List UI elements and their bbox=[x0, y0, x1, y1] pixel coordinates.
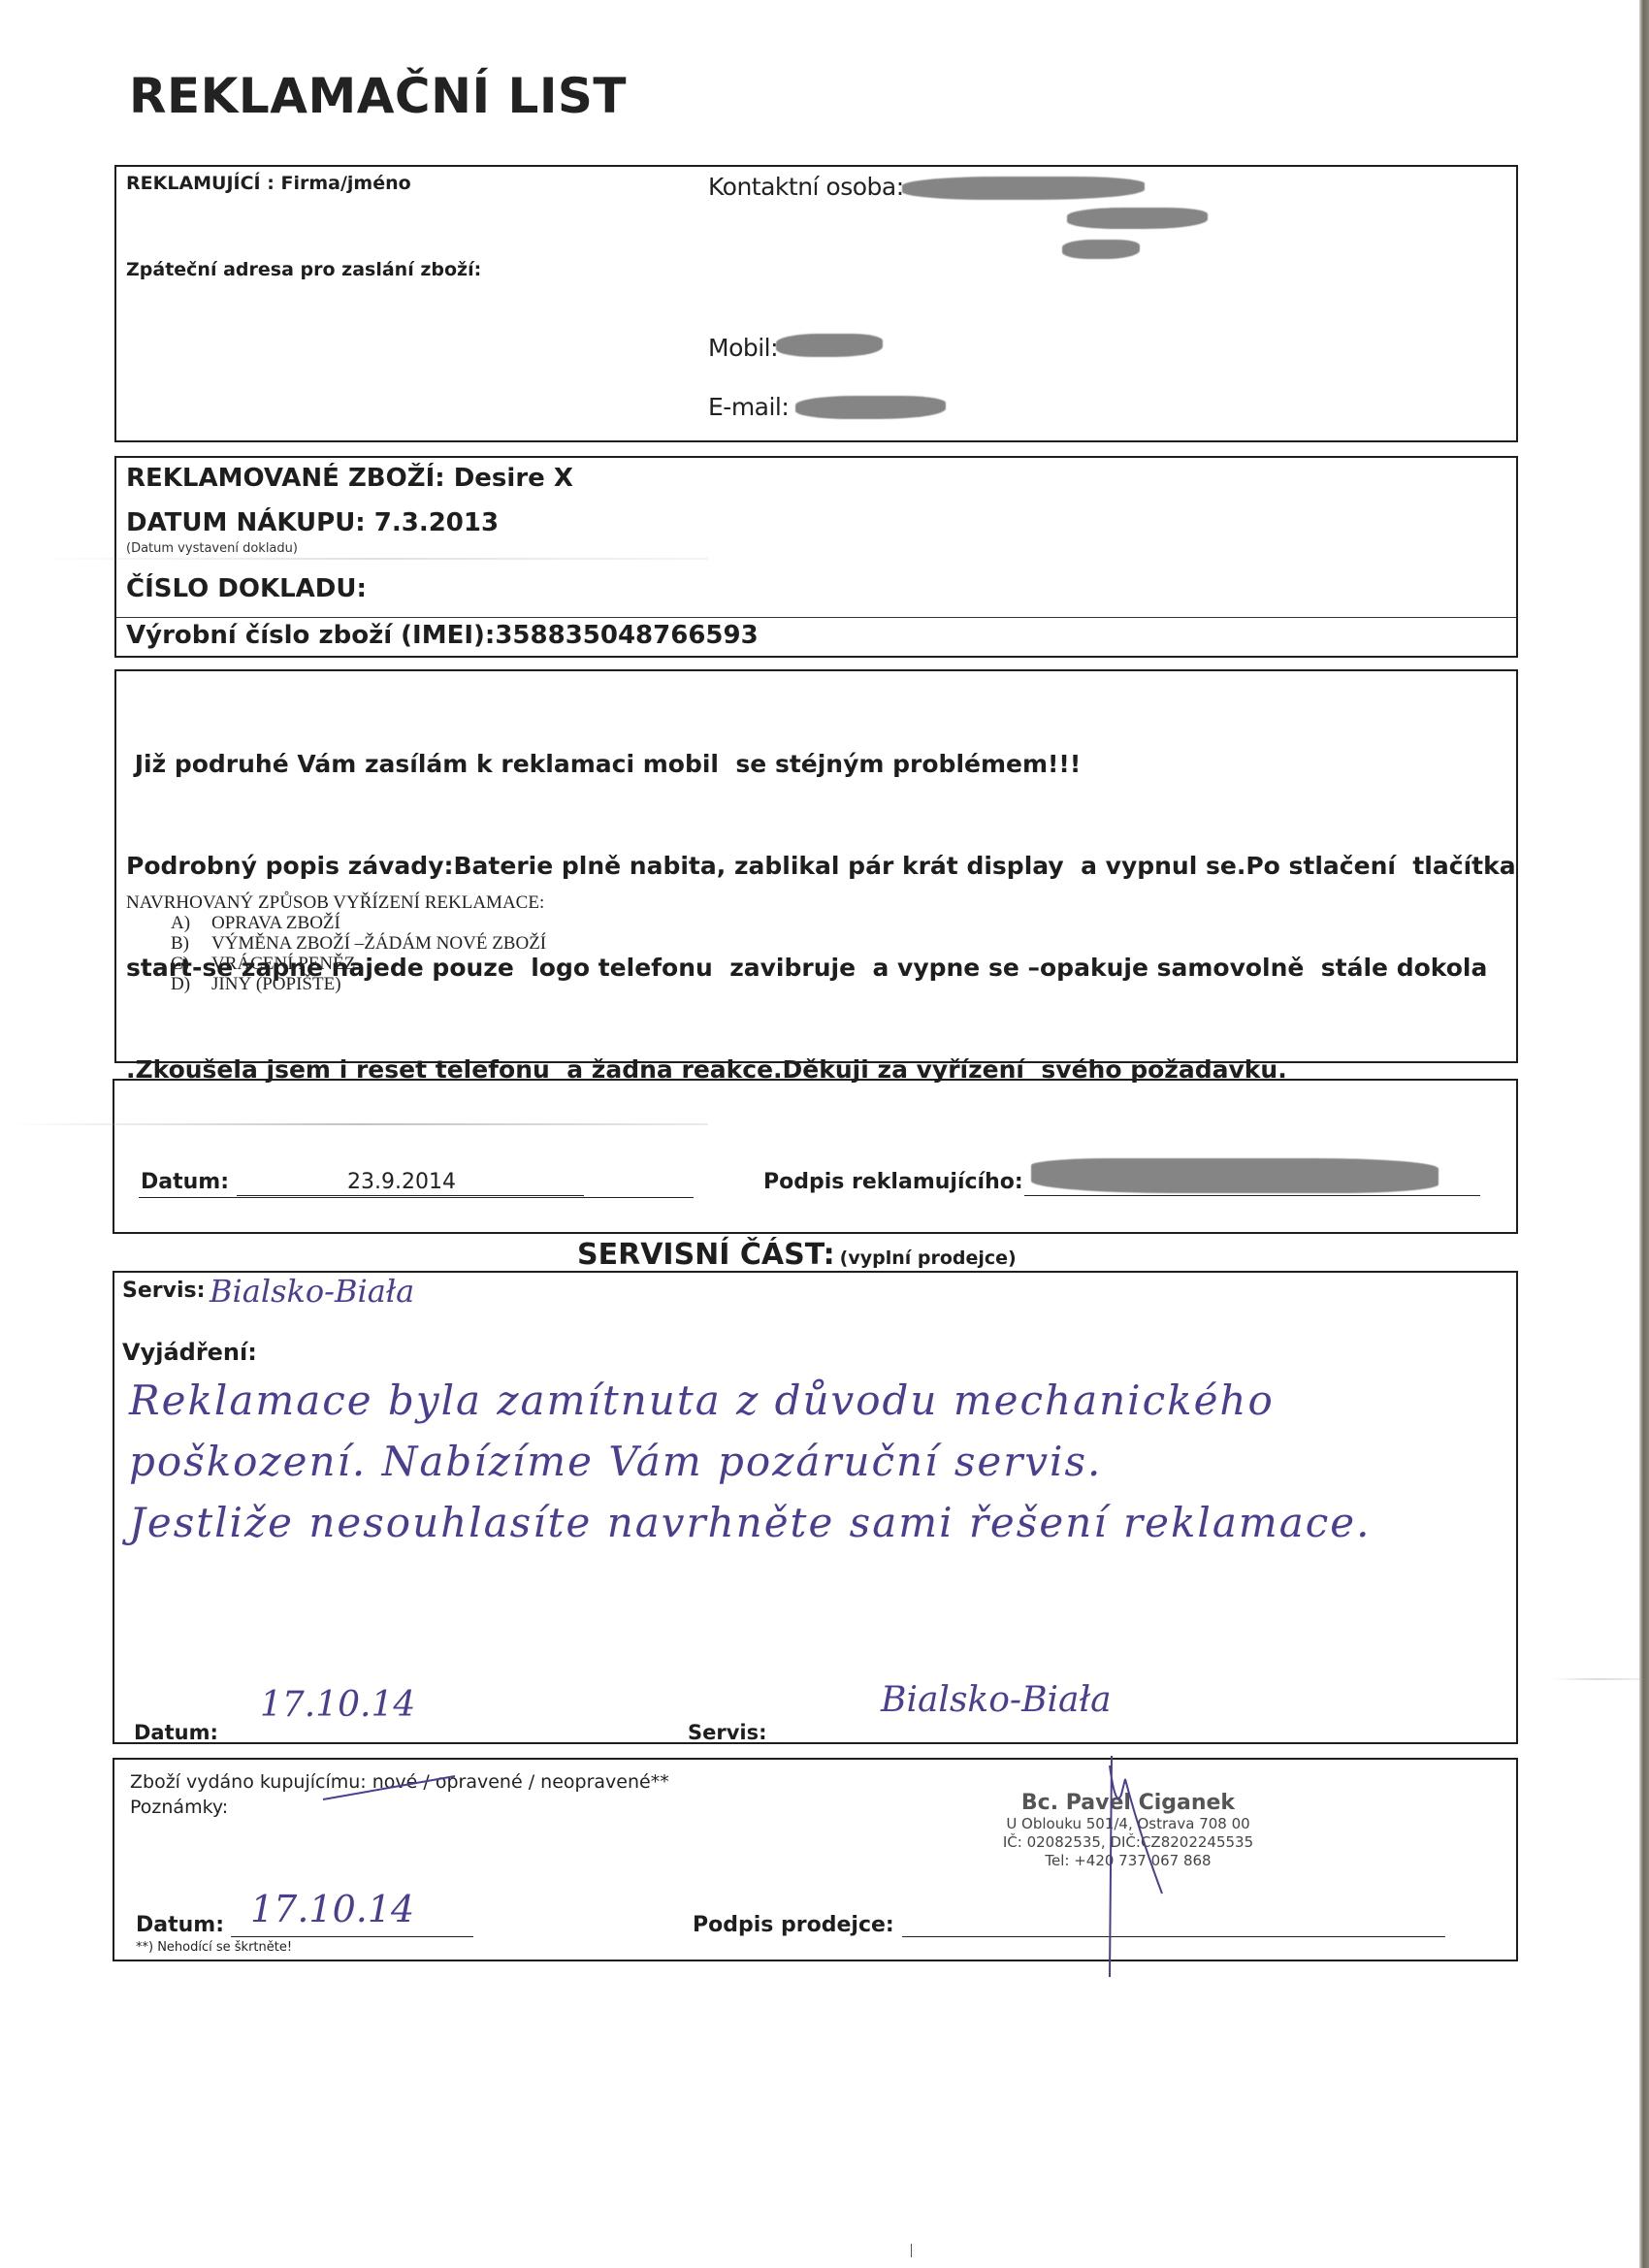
claimant-signature-redacted bbox=[1031, 1158, 1439, 1193]
service-heading-title: SERVISNÍ ČÁST: bbox=[577, 1238, 835, 1272]
description-box: Již podruhé Vám zasílám k reklamaci mobi… bbox=[114, 669, 1518, 1063]
service-heading: SERVISNÍ ČÁST: (vyplní prodejce) bbox=[577, 1238, 1017, 1272]
service-label: Servis: bbox=[122, 1279, 205, 1303]
seller-signature-line bbox=[902, 1895, 1445, 1937]
imei-row: Výrobní číslo zboží (IMEI):3588350487665… bbox=[126, 621, 759, 650]
product-value: Desire X bbox=[454, 464, 573, 493]
scan-artifact bbox=[10, 1123, 708, 1125]
contact-person-redacted bbox=[902, 177, 1145, 200]
service-value-handwritten: Bialsko-Biała bbox=[210, 1273, 414, 1310]
imei-label: Výrobní číslo zboží (IMEI): bbox=[126, 621, 495, 650]
footnote: **) Nehodící se škrtněte! bbox=[136, 1940, 292, 1955]
service-date-label: Datum: bbox=[134, 1723, 218, 1743]
goods-issued-label: Zboží vydáno kupujícímu: bbox=[130, 1771, 367, 1793]
service-date-handwritten: 17.10.14 bbox=[260, 1685, 415, 1725]
scan-dot bbox=[911, 2244, 912, 2257]
goods-option-repaired: opravené bbox=[436, 1771, 523, 1793]
seller-signature-label: Podpis prodejce: bbox=[693, 1913, 894, 1937]
resolution-option: A)OPRAVA ZBOŽÍ bbox=[126, 913, 546, 933]
handover-box: Zboží vydáno kupujícímu: nové / opravené… bbox=[113, 1758, 1518, 1961]
resolution-option: D)JINÝ (POPIŠTE) bbox=[126, 974, 546, 994]
statement-label: Vyjádření: bbox=[122, 1339, 257, 1366]
receipt-number-label: ČÍSLO DOKLADU: bbox=[126, 574, 367, 603]
contact-person-label: Kontaktní osoba: bbox=[708, 173, 904, 201]
service-box: Servis: Bialsko-Biała Vyjádření: Reklama… bbox=[113, 1271, 1518, 1744]
resolution-section: NAVRHOVANÝ ZPŮSOB VYŘÍZENÍ REKLAMACE: A)… bbox=[126, 892, 546, 994]
statement-line: Reklamace byla zamítnuta z důvodu mechan… bbox=[129, 1370, 1371, 1431]
extra-line bbox=[139, 1197, 694, 1198]
service-sign-handwritten: Bialsko-Biała bbox=[881, 1680, 1112, 1720]
email-label: E-mail: bbox=[708, 393, 789, 421]
description-line: Podrobný popis závady:Baterie plně nabit… bbox=[126, 849, 1516, 883]
page-title: REKLAMAČNÍ LIST bbox=[129, 68, 627, 124]
mobile-redacted bbox=[776, 334, 883, 357]
goods-issued-row: Zboží vydáno kupujícímu: nové / opravené… bbox=[130, 1771, 669, 1793]
notes-label: Poznámky: bbox=[130, 1797, 228, 1818]
claimant-signature-label: Podpis reklamujícího: bbox=[763, 1170, 1023, 1194]
purchase-date-label: DATUM NÁKUPU: bbox=[126, 508, 366, 537]
statement-line: poškození. Nabízíme Vám pozáruční servis… bbox=[129, 1431, 1371, 1492]
goods-option-unrepaired: neopravené** bbox=[540, 1771, 669, 1793]
purchase-date-value: 7.3.2013 bbox=[374, 508, 499, 537]
statement-line: Jestliže nesouhlasíte navrhněte sami řeš… bbox=[129, 1492, 1371, 1553]
receipt-number-row: ČÍSLO DOKLADU: bbox=[126, 574, 367, 603]
statement-handwritten: Reklamace byla zamítnuta z důvodu mechan… bbox=[129, 1370, 1371, 1553]
claimant-box: REKLAMUJÍCÍ : Firma/jméno Zpáteční adres… bbox=[114, 165, 1518, 442]
description-line: Již podruhé Vám zasílám k reklamaci mobi… bbox=[126, 747, 1516, 781]
imei-value: 358835048766593 bbox=[495, 621, 758, 650]
claimant-date-label: Datum: bbox=[141, 1170, 229, 1194]
product-row: REKLAMOVANÉ ZBOŽÍ: Desire X bbox=[126, 464, 573, 493]
email-redacted bbox=[795, 396, 946, 419]
resolution-option: B)VÝMĚNA ZBOŽÍ –ŽÁDÁM NOVÉ ZBOŽÍ bbox=[126, 933, 546, 954]
service-sign-label: Servis: bbox=[688, 1723, 767, 1743]
resolution-option: C)VRÁCENÍ PENĚZ bbox=[126, 954, 546, 974]
purchase-date-note: (Datum vystavení dokladu) bbox=[126, 541, 298, 556]
scan-artifact bbox=[29, 558, 708, 560]
scan-artifact bbox=[1552, 1678, 1644, 1680]
handover-date-handwritten: 17.10.14 bbox=[250, 1888, 414, 1930]
claimant-signature-box: Datum: 23.9.2014 Podpis reklamujícího: bbox=[113, 1079, 1518, 1234]
product-box: REKLAMOVANÉ ZBOŽÍ: Desire X DATUM NÁKUPU… bbox=[114, 456, 1518, 658]
product-label: REKLAMOVANÉ ZBOŽÍ: bbox=[126, 464, 445, 493]
scan-edge bbox=[1639, 0, 1649, 2268]
return-address-label: Zpáteční adresa pro zaslání zboží: bbox=[126, 259, 481, 280]
address-redacted-2 bbox=[1062, 240, 1140, 259]
seller-signature-stroke bbox=[1086, 1736, 1174, 1979]
address-redacted-1 bbox=[1067, 208, 1208, 229]
handover-date-label: Datum: bbox=[136, 1913, 224, 1937]
resolution-heading: NAVRHOVANÝ ZPŮSOB VYŘÍZENÍ REKLAMACE: bbox=[126, 892, 546, 913]
claimant-name-label: REKLAMUJÍCÍ : Firma/jméno bbox=[126, 173, 411, 194]
mobile-label: Mobil: bbox=[708, 334, 778, 362]
claimant-date-value: 23.9.2014 bbox=[347, 1170, 456, 1194]
purchase-date-row: DATUM NÁKUPU: 7.3.2013 bbox=[126, 508, 499, 537]
divider bbox=[116, 617, 1516, 618]
service-heading-note: (vyplní prodejce) bbox=[840, 1247, 1017, 1269]
